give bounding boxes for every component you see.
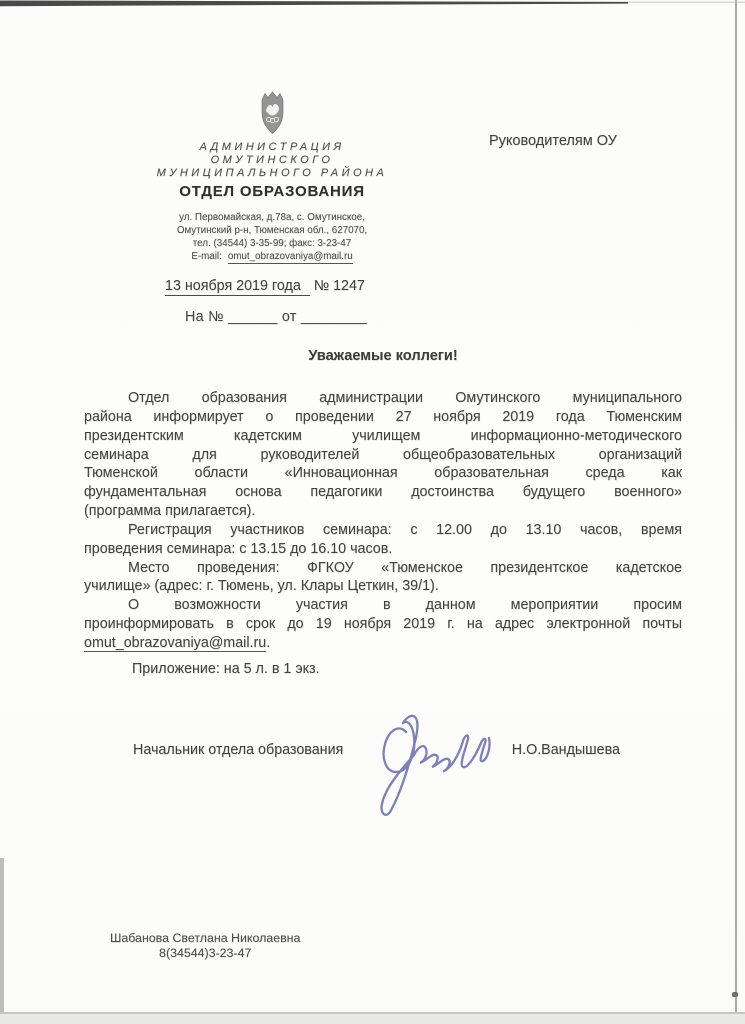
address-line: ул. Первомайская, д.78а, с. Омутинское, <box>87 211 457 224</box>
body-line: фундаментальная основа педагогики достои… <box>84 483 682 502</box>
body-line: района информирует о проведении 27 ноябр… <box>84 408 682 427</box>
body-line: Отдел образования администрации Омутинск… <box>84 389 682 408</box>
email-label: E-mail: <box>191 251 221 262</box>
body-line: Регистрация участников семинара: с 12.00… <box>84 521 682 540</box>
scan-right-edge-artifact <box>735 0 737 1024</box>
handwritten-signature <box>370 692 502 822</box>
letterhead-email-row: E-mail:omut_obrazovaniya@mail.ru <box>87 250 457 263</box>
scan-top-edge-artifact <box>0 0 745 8</box>
scan-bottom-edge-artifact <box>0 1012 745 1024</box>
signer-name: Н.О.Вандышева <box>512 742 620 758</box>
reference-line: 13 ноября 2019 года№ 1247 <box>165 278 365 294</box>
organization-name-line: АДМИНИСТРАЦИЯ <box>87 141 457 154</box>
organization-name: АДМИНИСТРАЦИЯОМУТИНСКОГОМУНИЦИПАЛЬНОГО Р… <box>87 141 457 179</box>
coat-of-arms-icon <box>259 91 286 135</box>
letterhead: АДМИНИСТРАЦИЯОМУТИНСКОГОМУНИЦИПАЛЬНОГО Р… <box>87 91 457 263</box>
address-line: тел. (34544) 3-35-99; факс: 3-23-47 <box>87 237 457 250</box>
body-line: президентским кадетским училищем информа… <box>84 427 682 446</box>
letter-date: 13 ноября 2019 года <box>165 278 310 296</box>
scan-left-edge-artifact <box>0 858 4 1012</box>
body-line: Место проведения: ФГКОУ «Тюменское прези… <box>84 559 682 578</box>
attachment-line: Приложение: на 5 л. в 1 экз. <box>84 661 682 677</box>
body-line: О возможности участия в данном мероприят… <box>84 596 682 615</box>
letterhead-email: omut_obrazovaniya@mail.ru <box>228 251 353 264</box>
executor-phone: 8(34544)3-23-47 <box>110 946 300 961</box>
body-line: проинформировать в срок до 19 ноября 201… <box>84 615 682 634</box>
salutation: Уважаемые коллеги! <box>84 348 682 364</box>
executor-contact: Шабанова Светлана Николаевна 8(34544)3-2… <box>110 931 300 961</box>
body-line: училище» (адрес: г. Тюмень, ул. Клары Це… <box>84 577 682 596</box>
address-line: Омутинский р-н, Тюменская обл., 627070, <box>87 224 457 237</box>
organization-name-line: МУНИЦИПАЛЬНОГО РАЙОНА <box>87 167 457 180</box>
letter-number: № 1247 <box>314 278 365 294</box>
department-name: ОТДЕЛ ОБРАЗОВАНИЯ <box>87 183 457 200</box>
body-line: проведения семинара: с 13.15 до 16.10 ча… <box>84 540 682 559</box>
organization-name-line: ОМУТИНСКОГО <box>87 154 457 167</box>
body-line: (программа прилагается). <box>84 502 682 521</box>
body-line: семинара для руководителей общеобразоват… <box>84 446 682 465</box>
scan-speck-artifact <box>732 992 738 997</box>
email-underlined: omut_obrazovaniya@mail.ru <box>84 635 266 653</box>
letter-body: Отдел образования администрации Омутинск… <box>84 389 682 653</box>
recipient-line: Руководителям ОУ <box>489 133 617 149</box>
letterhead-address: ул. Первомайская, д.78а, с. Омутинское,О… <box>87 211 457 250</box>
body-line: Тюменской области «Инновационная образов… <box>84 464 682 483</box>
executor-name: Шабанова Светлана Николаевна <box>110 931 300 946</box>
reply-reference-line: На № ______ от ________ <box>185 309 367 325</box>
body-line: omut_obrazovaniya@mail.ru. <box>84 634 682 653</box>
signer-title: Начальник отдела образования <box>133 742 343 758</box>
scanned-letter-page: АДМИНИСТРАЦИЯОМУТИНСКОГОМУНИЦИПАЛЬНОГО Р… <box>0 0 745 1024</box>
